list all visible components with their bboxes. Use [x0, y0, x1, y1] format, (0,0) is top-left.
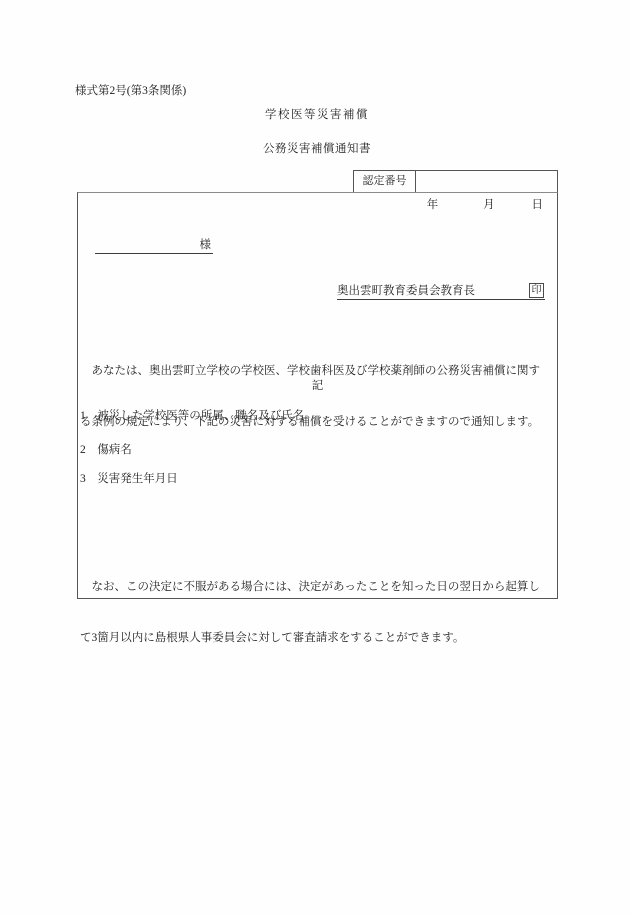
addressee-suffix: 様 [200, 239, 212, 251]
notice-item-2: 2 傷病名 [80, 441, 132, 457]
document-title: 学校医等災害補償 [77, 106, 557, 122]
ki-heading: 記 [78, 377, 557, 393]
notice-item-3: 3 災害発生年月日 [80, 470, 178, 486]
notice-frame: 年 月 日 様 奥出雲町教育委員会教育長 印 あなたは、奥出雲町立学校の学校医、… [77, 192, 558, 599]
month-label: 月 [483, 199, 495, 211]
appeal-notice: なお、この決定に不服がある場合には、決定があったことを知った日の翌日から起算し … [80, 545, 540, 681]
appeal-notice-line: て3箇月以内に島根県人事委員会に対して審査請求をすることができます。 [80, 630, 540, 647]
date-line: 年 月 日 [427, 196, 543, 212]
year-label: 年 [427, 199, 439, 211]
document-subtitle: 公務災害補償通知書 [77, 140, 557, 156]
notice-body: あなたは、奥出雲町立学校の学校医、学校歯科医及び学校薬剤師の公務災害補償に関す … [80, 329, 540, 465]
seal-label: 印 [532, 285, 542, 296]
sender-line: 奥出雲町教育委員会教育長 印 [337, 282, 545, 300]
day-label: 日 [532, 199, 544, 211]
appeal-notice-line: なお、この決定に不服がある場合には、決定があったことを知った日の翌日から起算し [80, 579, 540, 596]
sender-name: 奥出雲町教育委員会教育長 [337, 282, 475, 298]
addressee-line: 様 [95, 236, 213, 254]
notice-item-1: 1 被災した学校医等の所属、職名及び氏名 [80, 407, 304, 423]
certification-number-label: 認定番号 [354, 171, 416, 192]
certification-number-value [416, 171, 557, 192]
form-number: 様式第2号(第3条関係) [75, 82, 186, 98]
seal-box: 印 [529, 283, 544, 298]
document-page: 様式第2号(第3条関係) 学校医等災害補償 公務災害補償通知書 認定番号 年 月… [0, 0, 630, 915]
certification-number-table: 認定番号 [353, 170, 558, 193]
